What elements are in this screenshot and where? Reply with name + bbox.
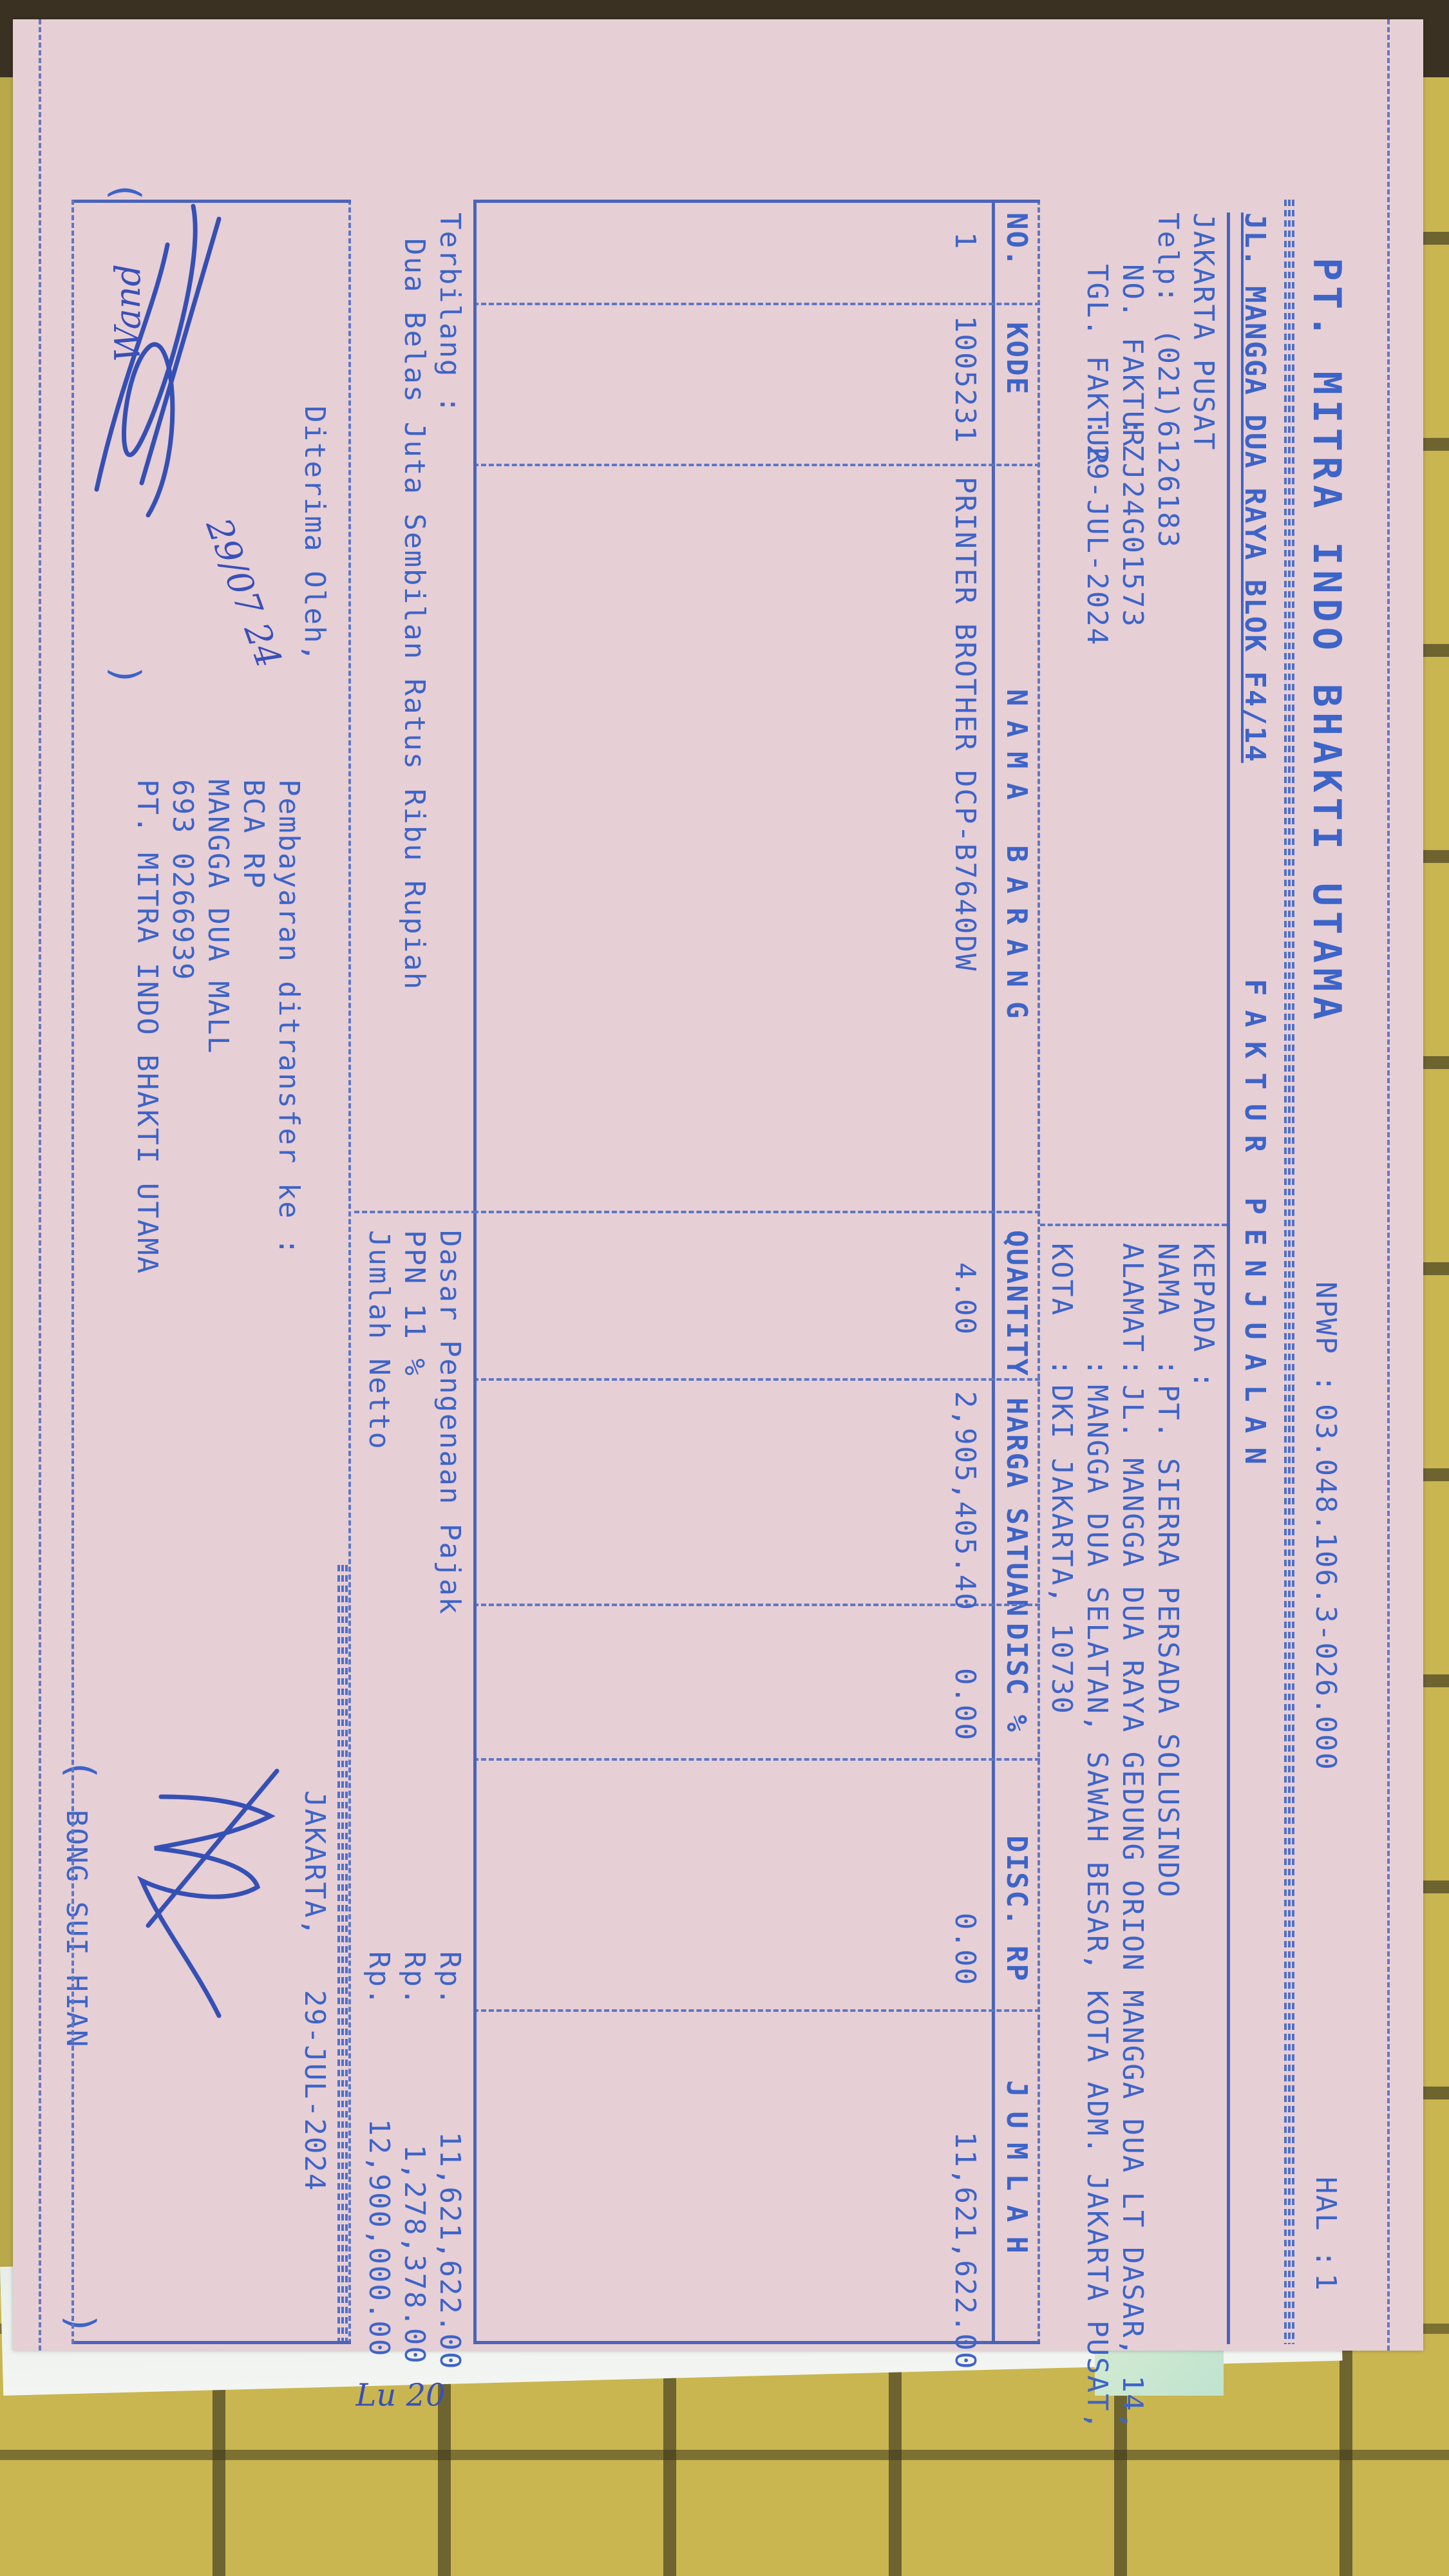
tax-base-label: Dasar Pengenaan Pajak xyxy=(435,1230,464,1615)
margin-handwritten-note: Lu 20 xyxy=(355,2378,445,2414)
col-header-disc-pct: DISC % xyxy=(1002,1623,1030,1733)
footer-bottom-rule xyxy=(71,200,74,2344)
invoice-date-separator: : xyxy=(1083,419,1111,437)
vat-label: PPN 11 % xyxy=(400,1230,428,1377)
invoice-no-separator: : xyxy=(1118,419,1146,437)
page-label: HAL : xyxy=(1311,2177,1340,2268)
row-total: 11,621,622.00 xyxy=(951,2132,979,2370)
buyer-name-sep: : xyxy=(1153,1359,1182,1378)
buyer-city-label: KOTA xyxy=(1047,1243,1075,1316)
footer-double-rule xyxy=(337,1565,348,2344)
npwp-value: 03.048.106.3-026.000 xyxy=(1311,1404,1340,1771)
footer-right-border xyxy=(74,2341,351,2344)
buyer-name-label: NAMA xyxy=(1153,1243,1182,1316)
vat-value: 1,278,378.00 xyxy=(400,2145,428,2365)
table-top-rule xyxy=(1037,200,1040,2344)
totals-divider xyxy=(354,1211,477,1213)
place-label: JAKARTA, xyxy=(300,1790,328,1937)
buyer-name: PT. SIERRA PERSADA SOLUSINDO xyxy=(1153,1385,1182,1899)
footer-top-rule xyxy=(348,200,351,2344)
signatory-name: BONG SUI HIAN xyxy=(62,1810,90,2048)
row-disc-rp: 0.00 xyxy=(951,1913,979,1986)
buyer-city: DKI JAKARTA, 10730 xyxy=(1047,1385,1075,1715)
buyer-address-line2: MANGGA DUA SELATAN, SAWAH BESAR, KOTA AD… xyxy=(1083,1385,1111,2430)
tax-base-value: 11,621,622.00 xyxy=(435,2132,464,2370)
net-total-currency: Rp. xyxy=(365,1951,393,2006)
col-header-disc-rp: DISC. RP xyxy=(1002,1835,1030,1982)
received-handwritten-name: Wand xyxy=(108,264,148,362)
col-header-code: KODE xyxy=(1002,322,1030,395)
received-handwritten-date: 29/07 24 xyxy=(198,513,290,673)
col-divider-6 xyxy=(473,1758,1040,1761)
payment-account-no: 693 0266939 xyxy=(168,779,196,981)
row-code: 1005231 xyxy=(951,316,979,444)
row-item-name: PRINTER BROTHER DCP-B7640DW xyxy=(951,477,979,972)
payment-branch: MANGGA DUA MALL xyxy=(204,779,232,1054)
seller-address-line2: JAKARTA PUSAT xyxy=(1189,213,1217,451)
sign-date: 29-JUL-2024 xyxy=(300,1990,328,2192)
table-bottom-rule xyxy=(473,200,477,2344)
page-number: 1 xyxy=(1311,2273,1340,2292)
invoice-date: 29-JUL-2024 xyxy=(1083,444,1111,646)
net-total-label: Jumlah Netto xyxy=(365,1230,393,1450)
payment-account-name: PT. MITRA INDO BHAKTI UTAMA xyxy=(133,779,161,1274)
buyer-address-sep: : xyxy=(1118,1359,1146,1378)
seller-phone: (021)6126183 xyxy=(1153,328,1182,549)
col-header-unit-price: HARGA SATUAN xyxy=(1002,1397,1030,1618)
invoice-paper: PT. MITRA INDO BHAKTI UTAMA NPWP : 03.04… xyxy=(13,19,1423,2351)
title-rule xyxy=(1227,213,1230,2344)
company-name: PT. MITRA INDO BHAKTI UTAMA xyxy=(1307,258,1346,1025)
signatory-bracket-left: ( xyxy=(61,1758,100,1783)
col-divider-2 xyxy=(473,464,1040,466)
row-unit-price: 2,905,405.40 xyxy=(951,1391,979,1611)
buyer-address-label: ALAMAT xyxy=(1118,1243,1146,1353)
col-divider-3 xyxy=(473,1211,1040,1213)
buyer-address-sep2: : xyxy=(1083,1359,1111,1378)
seller-address-line1: JL. MANGGA DUA RAYA BLOK F4/14 xyxy=(1240,213,1269,763)
received-bracket-right: ) xyxy=(106,663,145,688)
header-double-rule xyxy=(1284,200,1294,2344)
col-header-total: JUMLAH xyxy=(1002,2080,1030,2268)
vat-currency: Rp. xyxy=(400,1951,428,2006)
col-divider-4 xyxy=(473,1378,1040,1381)
row-disc-pct: 0.00 xyxy=(951,1668,979,1741)
payment-intro: Pembayaran ditransfer ke : xyxy=(274,779,303,1256)
invoice-no: ZJ24G01573 xyxy=(1118,444,1146,628)
amount-in-words-label: Terbilang : xyxy=(435,213,464,414)
signatory-bracket-right: ) xyxy=(61,2312,100,2336)
received-signature xyxy=(77,180,245,528)
perforation-bottom xyxy=(39,19,41,2351)
col-divider-7 xyxy=(473,2009,1040,2012)
net-total-value: 12,900,000.00 xyxy=(365,2119,393,2357)
invoice-title: FAKTUR PENJUALAN xyxy=(1240,979,1269,1479)
amount-in-words: Dua Belas Juta Sembilan Ratus Ribu Rupia… xyxy=(400,238,428,990)
payment-bank: BCA RP xyxy=(239,779,267,889)
row-quantity: 4.00 xyxy=(951,1262,979,1336)
table-header-rule xyxy=(992,200,995,2344)
npwp-separator: : xyxy=(1311,1375,1340,1394)
buyer-city-sep: : xyxy=(1047,1359,1075,1378)
perforation-top xyxy=(1387,19,1390,2351)
col-header-item-name: NAMA BARANG xyxy=(1002,689,1030,1032)
received-bracket-left: ( xyxy=(106,180,145,205)
seller-phone-label: Telp: xyxy=(1153,213,1182,304)
seller-signature xyxy=(109,1758,290,2029)
table-left-border xyxy=(473,200,1040,203)
buyer-divider xyxy=(1040,1224,1227,1226)
col-header-quantity: QUANTITY xyxy=(1002,1230,1030,1377)
received-by-label: Diterima Oleh, xyxy=(300,406,328,663)
tax-base-currency: Rp. xyxy=(435,1951,464,2006)
row-no: 1 xyxy=(951,232,979,251)
buyer-address-line1: JL. MANGGA DUA RAYA GEDUNG ORION MANGGA … xyxy=(1118,1385,1146,2430)
col-header-no: NO. xyxy=(1002,213,1030,267)
buyer-to-label: KEPADA : xyxy=(1189,1243,1217,1390)
col-divider-1 xyxy=(473,303,1040,305)
npwp-label: NPWP xyxy=(1311,1282,1340,1355)
